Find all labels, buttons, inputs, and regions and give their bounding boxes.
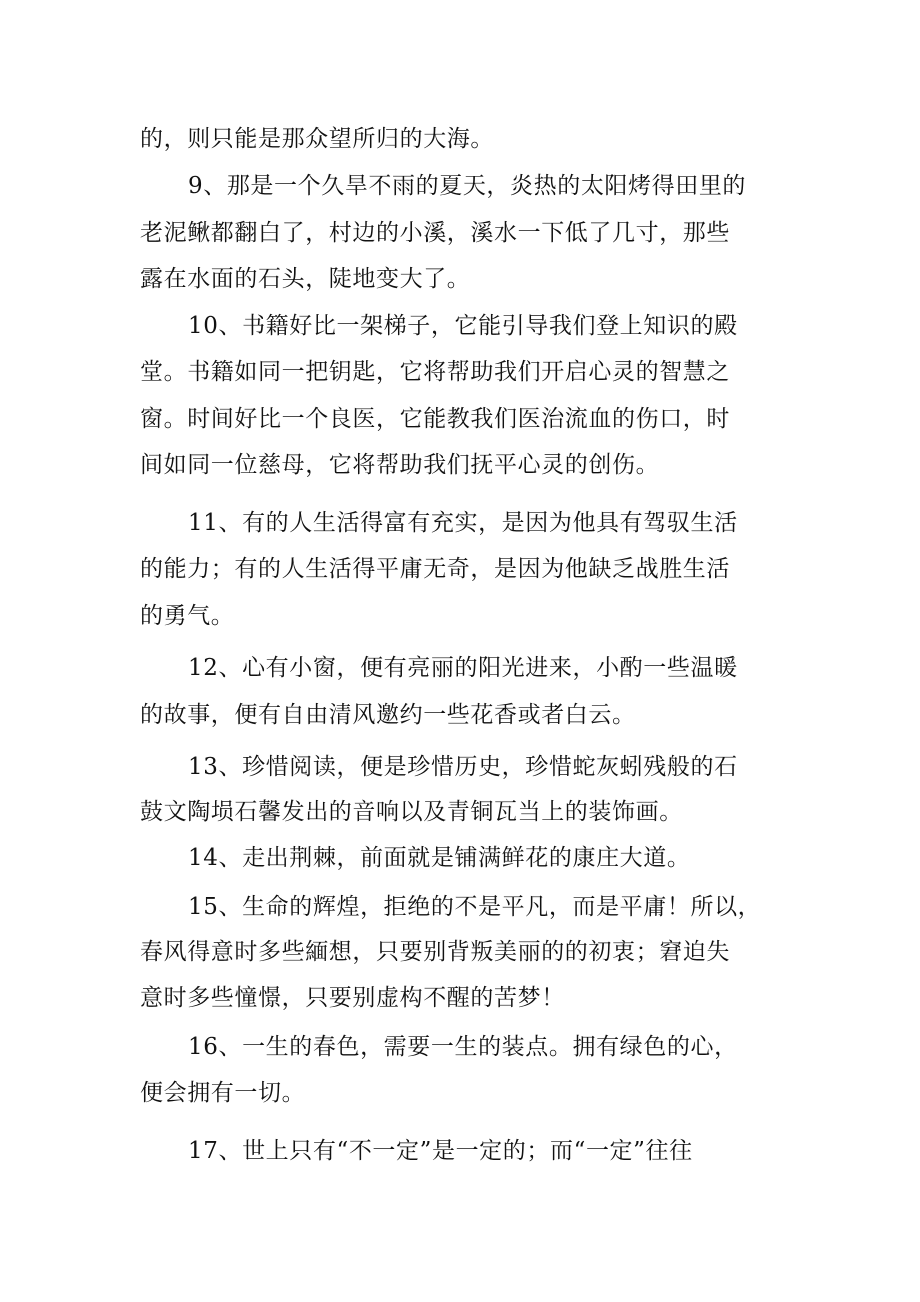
text-line: 16、一生的春色，需要一生的装点。拥有绿色的心， <box>188 1032 738 1062</box>
text-line: 17、世上只有“不一定”是一定的；而“一定”往往 <box>188 1136 693 1166</box>
text-line: 鼓文陶埙石馨发出的音响以及青铜瓦当上的装饰画。 <box>140 797 683 827</box>
text-line: 的勇气。 <box>140 601 234 631</box>
text-line: 10、书籍好比一架梯子，它能引导我们登上知识的殿 <box>188 311 738 341</box>
text-line: 11、有的人生活得富有充实，是因为他具有驾驭生活 <box>188 508 738 538</box>
text-line: 间如同一位慈母，它将帮助我们抚平心灵的创伤。 <box>140 450 659 480</box>
text-line: 便会拥有一切。 <box>140 1078 305 1108</box>
text-line: 堂。书籍如同一把钥匙，它将帮助我们开启心灵的智慧之 <box>140 357 730 387</box>
text-line: 的，则只能是那众望所归的大海。 <box>140 124 494 154</box>
text-line: 意时多些憧憬，只要别虚构不醒的苦梦！ <box>140 983 565 1013</box>
text-line: 春风得意时多些緬想，只要别背叛美丽的的初衷；窘迫失 <box>140 937 730 967</box>
document-page: 的，则只能是那众望所归的大海。 9、那是一个久旱不雨的夏天，炎热的太阳烤得田里的… <box>0 0 920 1302</box>
text-line: 9、那是一个久旱不雨的夏天，炎热的太阳烤得田里的 <box>188 171 746 201</box>
text-line: 14、走出荆棘，前面就是铺满鲜花的康庄大道。 <box>188 843 690 873</box>
text-line: 12、心有小窗，便有亮丽的阳光进来，小酌一些温暖 <box>188 653 738 683</box>
text-line: 的故事，便有自由清风邀约一些花香或者白云。 <box>140 700 636 730</box>
text-line: 窗。时间好比一个良医，它能教我们医治流血的伤口，时 <box>140 404 730 434</box>
text-line: 15、生命的辉煌，拒绝的不是平凡，而是平庸！所以， <box>188 892 761 922</box>
text-line: 露在水面的石头，陡地变大了。 <box>140 264 470 294</box>
text-line: 老泥鳅都翻白了，村边的小溪，溪水一下低了几寸，那些 <box>140 218 730 248</box>
text-line: 13、珍惜阅读，便是珍惜历史，珍惜蛇灰蚓残般的石 <box>188 752 738 782</box>
text-line: 的能力；有的人生活得平庸无奇，是因为他缺乏战胜生活 <box>140 554 730 584</box>
